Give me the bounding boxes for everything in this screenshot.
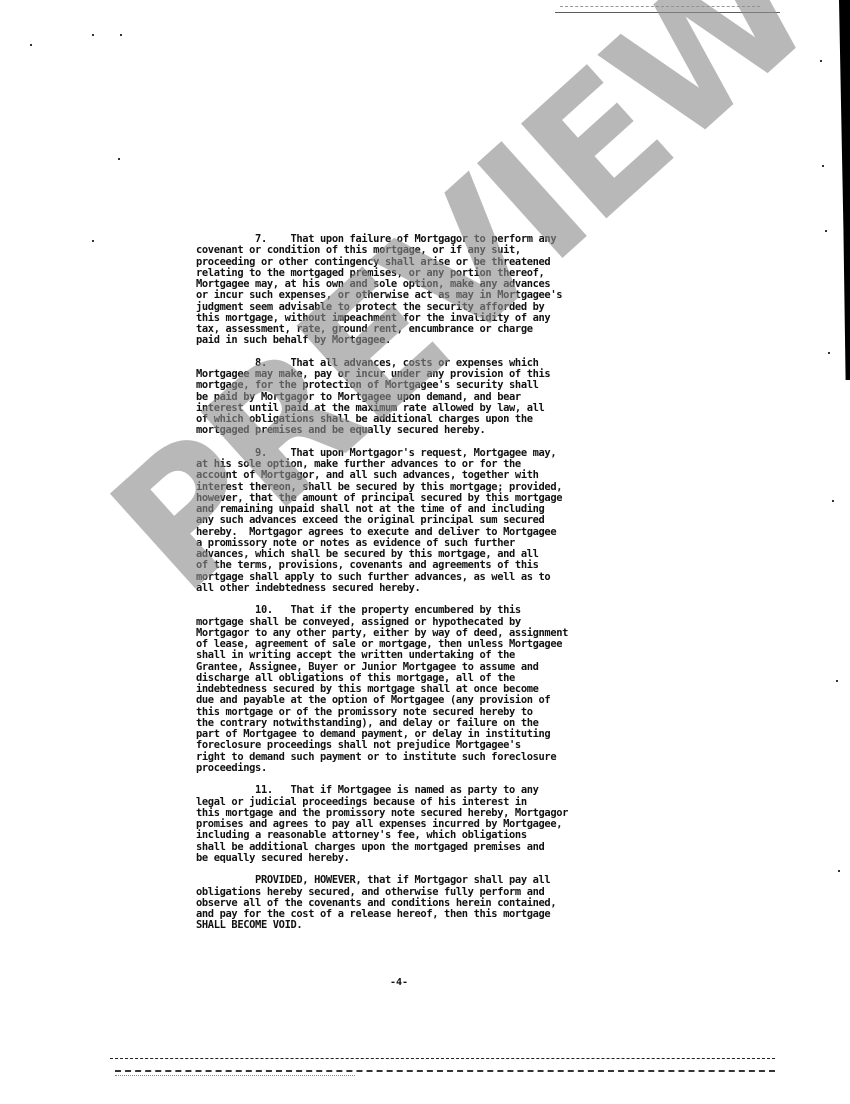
scan-speck (118, 158, 120, 160)
text-line: all other indebtedness secured hereby. (196, 583, 626, 594)
scan-speck (832, 500, 834, 502)
document-body: 7. That upon failure of Mortgagor to per… (196, 234, 626, 943)
scan-speck (822, 165, 824, 167)
scan-speck (828, 352, 830, 354)
text-line: proceedings. (196, 763, 626, 774)
text-line: foreclosure proceedings shall not prejud… (196, 740, 626, 751)
scan-speck (825, 230, 827, 232)
scan-speck (92, 34, 94, 36)
text-line: shall in writing accept the written unde… (196, 650, 626, 661)
paragraph-8: 8. That all advances, costs or expenses … (196, 358, 626, 437)
text-line: of the terms, provisions, covenants and … (196, 560, 626, 571)
text-line: mortgaged premises and be equally secure… (196, 425, 626, 436)
scan-edge-bar (839, 0, 850, 380)
text-line: or incur such expenses, or otherwise act… (196, 290, 626, 301)
document-page: 7. That upon failure of Mortgagor to per… (0, 0, 850, 1104)
scan-speck (838, 870, 840, 872)
text-line: covenant or condition of this mortgage, … (196, 245, 626, 256)
scan-speck (30, 44, 32, 46)
text-line: be equally secured hereby. (196, 853, 626, 864)
text-line: 10. That if the property encumbered by t… (196, 605, 626, 616)
paragraph-11: 11. That if Mortgagee is named as party … (196, 785, 626, 864)
text-line: SHALL BECOME VOID. (196, 920, 626, 931)
text-line: due and payable at the option of Mortgag… (196, 695, 626, 706)
paragraph-9: 9. That upon Mortgagor's request, Mortga… (196, 448, 626, 594)
paragraph-7: 7. That upon failure of Mortgagor to per… (196, 234, 626, 347)
scan-artifact-top-line (555, 12, 780, 13)
text-line: account of Mortgagor, and all such advan… (196, 470, 626, 481)
scan-speck (836, 680, 838, 682)
scan-speck (92, 240, 94, 242)
scan-artifact-bottom-line (115, 1070, 775, 1074)
scan-artifact-bottom-dots (115, 1075, 355, 1077)
scan-artifact-bottom (110, 1058, 775, 1060)
paragraph-10: 10. That if the property encumbered by t… (196, 605, 626, 774)
text-line: paid in such behalf by Mortgagee. (196, 335, 626, 346)
paragraph-provided-however: PROVIDED, HOWEVER, that if Mortgagor sha… (196, 875, 626, 931)
page-number: -4- (390, 977, 408, 988)
scan-speck (120, 34, 122, 36)
text-line: mortgage, for the protection of Mortgage… (196, 380, 626, 391)
text-line: including a reasonable attorney's fee, w… (196, 830, 626, 841)
text-line: 11. That if Mortgagee is named as party … (196, 785, 626, 796)
scan-artifact-top (560, 6, 760, 8)
scan-speck (820, 60, 822, 62)
text-line: any such advances exceed the original pr… (196, 515, 626, 526)
text-line: PROVIDED, HOWEVER, that if Mortgagor sha… (196, 875, 626, 886)
